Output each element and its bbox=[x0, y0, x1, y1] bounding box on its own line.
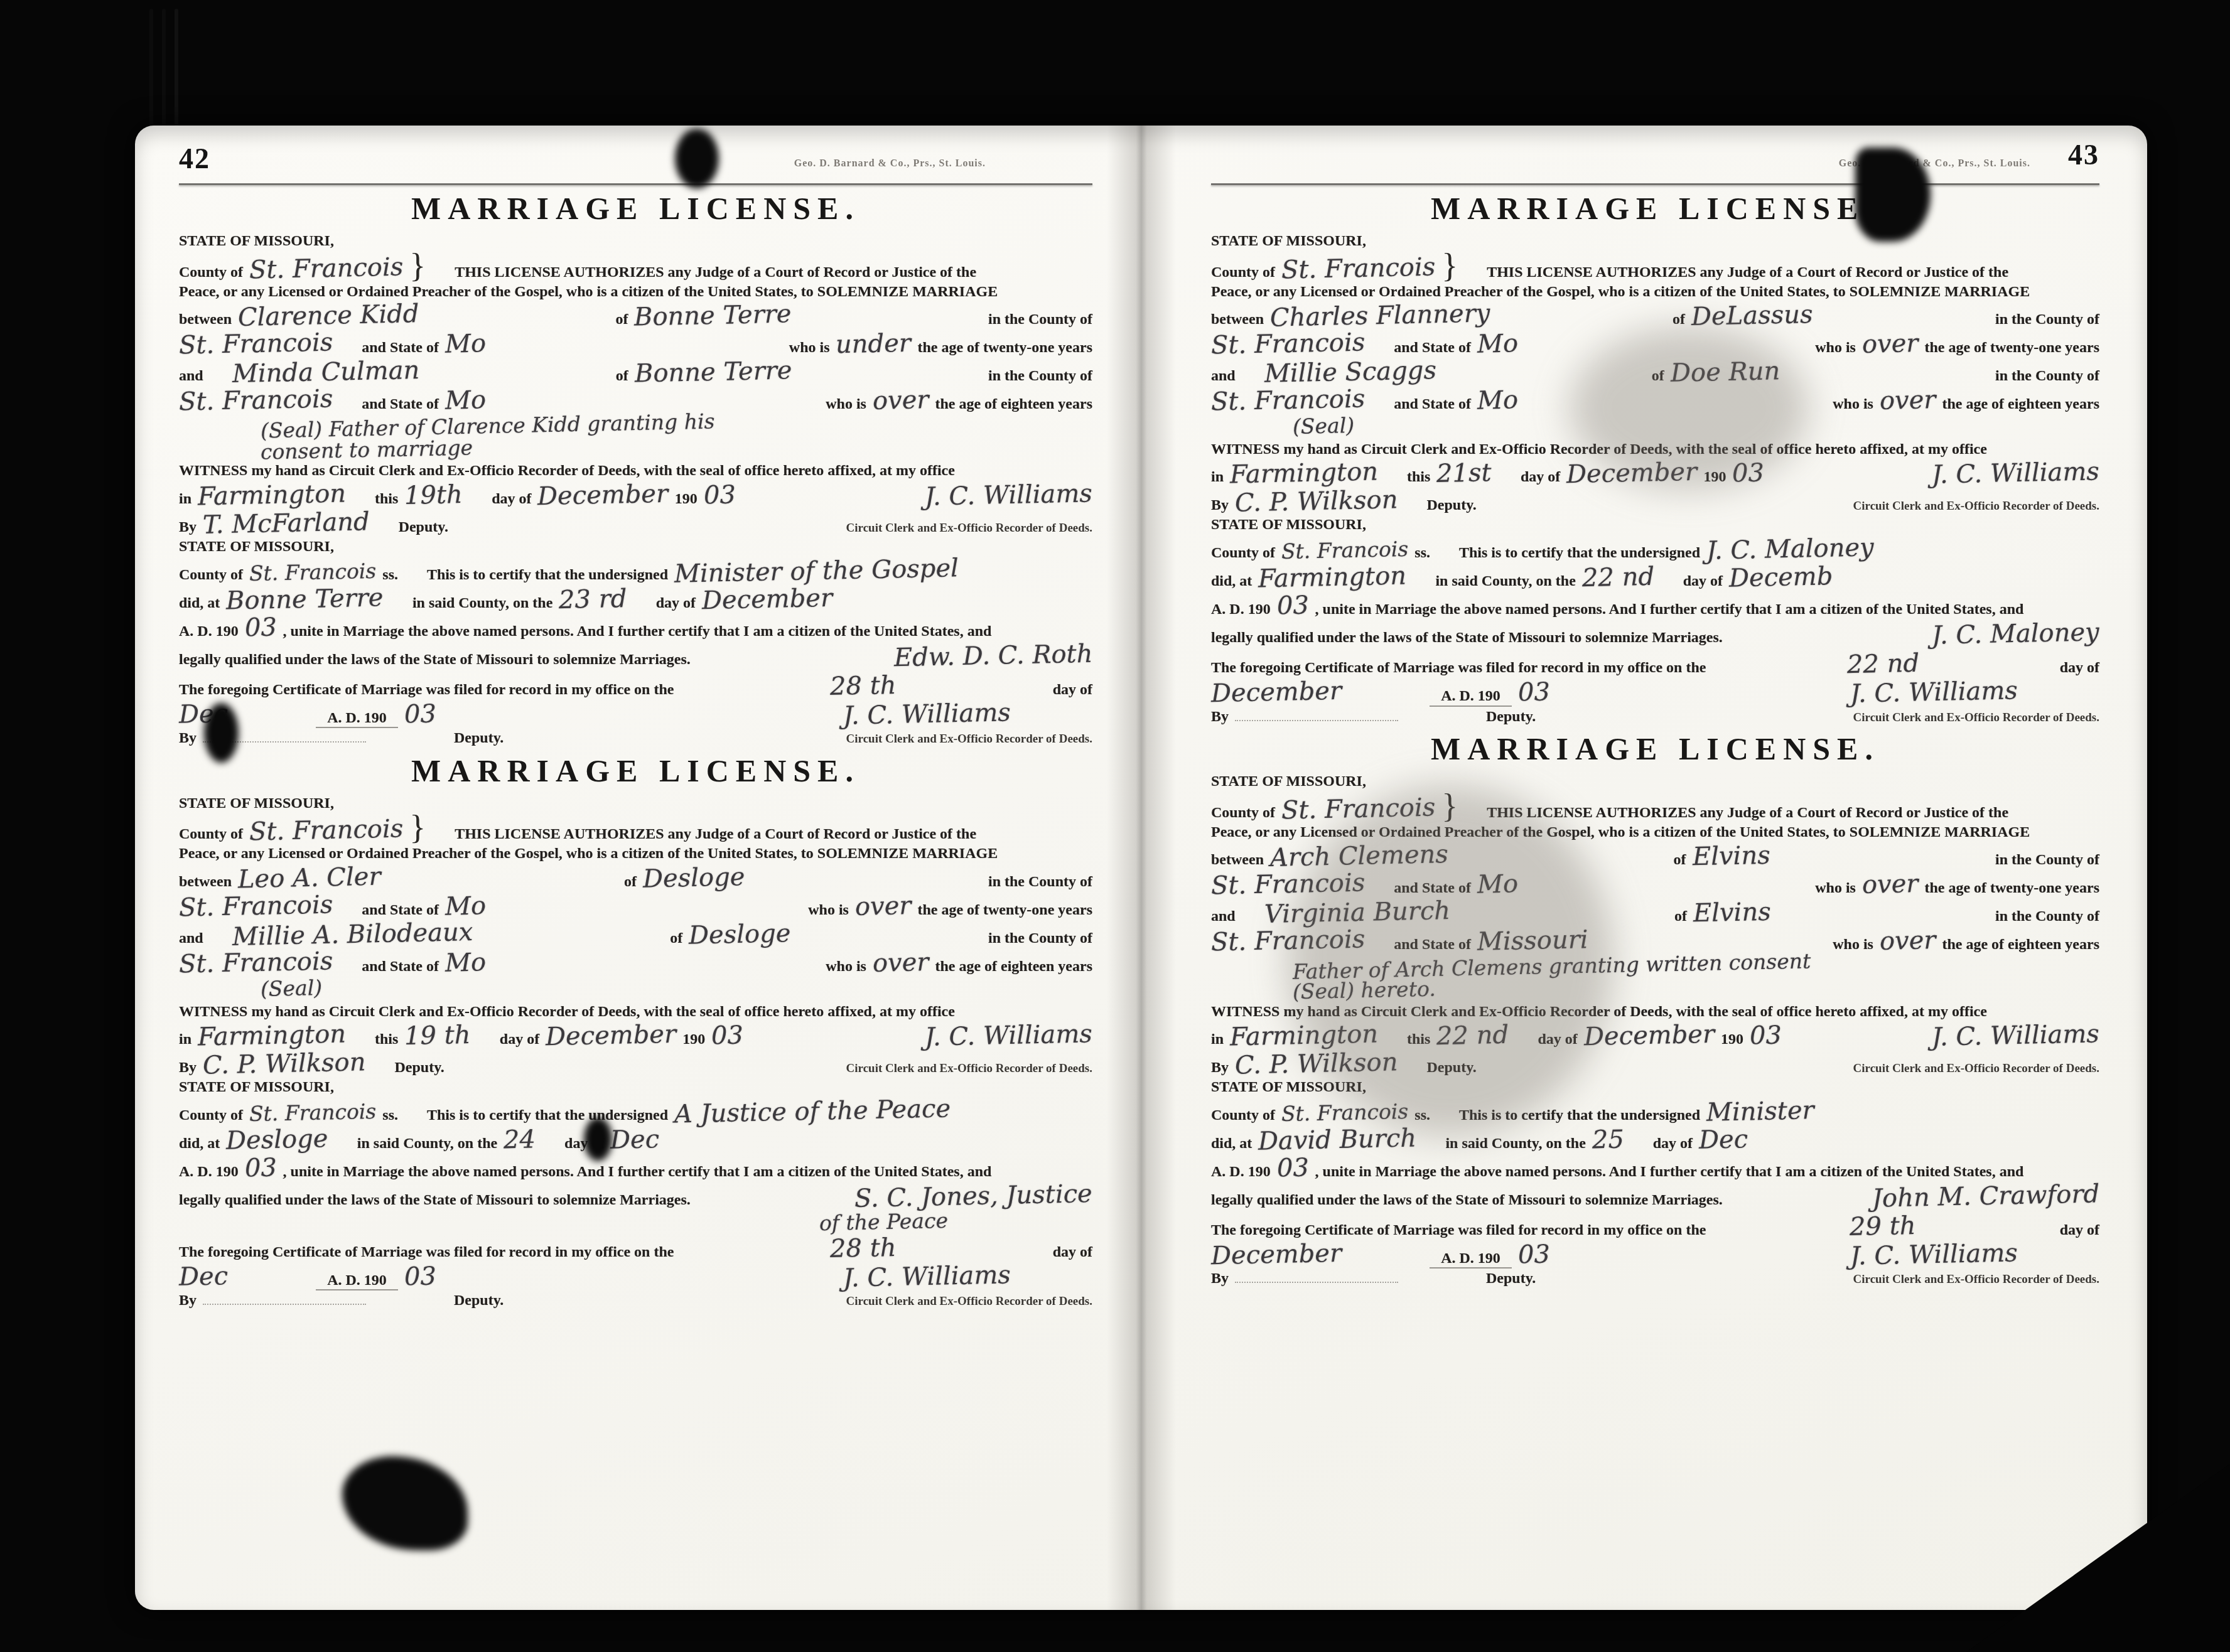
by-label: By bbox=[1211, 1270, 1229, 1288]
bride-state: Mo bbox=[444, 387, 486, 414]
did-at-label: did, at bbox=[1211, 1135, 1252, 1153]
groom-county: St. Francois bbox=[1211, 870, 1365, 899]
license-slot-top-left: MARRIAGE LICENSE. STATE OF MISSOURI, Cou… bbox=[179, 190, 1092, 748]
county-value: St. Francois bbox=[1281, 254, 1436, 283]
license-slot-top-right: MARRIAGE LICENSE. STATE OF MISSOURI, Cou… bbox=[1211, 190, 2099, 726]
age21-label: the age of twenty-one years bbox=[1924, 340, 2099, 357]
deputy-blank bbox=[1235, 720, 1398, 721]
county-label: County of bbox=[179, 567, 243, 584]
groom-name: Leo A. Cler bbox=[238, 864, 381, 893]
bride-age-status: over bbox=[1879, 387, 1936, 414]
officiant-signature: Edw. D. C. Roth bbox=[893, 640, 1092, 671]
groom-residence: Elvins bbox=[1692, 842, 1770, 871]
by-label: By bbox=[1211, 497, 1229, 515]
bride-residence: Bonne Terre bbox=[634, 358, 792, 387]
filed-clerk-signature: J. C. Williams bbox=[843, 1262, 1011, 1292]
age18-label: the age of eighteen years bbox=[1942, 936, 2099, 954]
printer-imprint: Geo. D. Barnard & Co., Prs., St. Louis. bbox=[794, 158, 986, 169]
witness-clause: WITNESS my hand as Circuit Clerk and Ex-… bbox=[1211, 1004, 1987, 1021]
authorizes-line1: THIS LICENSE AUTHORIZES any Judge of a C… bbox=[455, 264, 976, 282]
between-label: between bbox=[1211, 852, 1264, 869]
license-slot-bottom-right: MARRIAGE LICENSE. STATE OF MISSOURI, Cou… bbox=[1211, 731, 2099, 1288]
filed-year: 03 bbox=[1517, 678, 1550, 705]
witness-place: Farmington bbox=[198, 1021, 347, 1051]
this-label: this bbox=[375, 1031, 398, 1049]
officiant-title: A Justice of the Peace bbox=[674, 1095, 951, 1127]
age18-label: the age of eighteen years bbox=[935, 396, 1092, 414]
county-label: County of bbox=[1211, 264, 1275, 282]
ad-year-label: A. D. 190 bbox=[316, 710, 398, 729]
consent-note-line1: (Seal) Father of Clarence Kidd granting … bbox=[261, 411, 715, 442]
header-rule bbox=[179, 183, 1092, 185]
county-label: County of bbox=[179, 826, 243, 844]
officiant-signature: John M. Crawford bbox=[1872, 1181, 2099, 1212]
year-prefix: 190 bbox=[682, 1031, 705, 1049]
unite-clause: , unite in Marriage the above named pers… bbox=[283, 623, 992, 641]
filed-year: 03 bbox=[404, 700, 436, 727]
authorizes-line2: Peace, or any Licensed or Ordained Preac… bbox=[1211, 824, 2030, 842]
foregoing-clause: The foregoing Certificate of Marriage wa… bbox=[1211, 660, 1706, 677]
authorizes-line2: Peace, or any Licensed or Ordained Preac… bbox=[1211, 284, 2030, 301]
and-state-label: and State of bbox=[362, 340, 439, 357]
county-label: County of bbox=[179, 1107, 243, 1125]
officiant-title: J. C. Maloney bbox=[1706, 534, 1875, 564]
by-label: By bbox=[179, 519, 197, 537]
day-of-label: day of bbox=[1683, 573, 1723, 591]
marriage-day: 22 nd bbox=[1581, 564, 1654, 591]
cert-county-value: St. Francois bbox=[249, 560, 377, 585]
certify-clause: This is to certify that the undersigned bbox=[427, 567, 668, 584]
witness-year: 03 bbox=[703, 482, 736, 509]
filed-month: December bbox=[1211, 1240, 1342, 1269]
officiant-signature: S. C. Jones, Justice bbox=[854, 1181, 1093, 1212]
this-label: this bbox=[1407, 469, 1430, 486]
county-value: St. Francois bbox=[249, 816, 404, 845]
clerk-title: Circuit Clerk and Ex-Officio Recorder of… bbox=[1853, 1273, 2099, 1287]
age18-label: the age of eighteen years bbox=[935, 958, 1092, 976]
deputy-label: Deputy. bbox=[394, 1059, 444, 1077]
bride-state: Missouri bbox=[1477, 927, 1588, 956]
groom-name: Arch Clemens bbox=[1270, 841, 1449, 871]
groom-state: Mo bbox=[444, 331, 486, 358]
brace-glyph: } bbox=[1441, 793, 1458, 820]
in-county-label: in the County of bbox=[988, 311, 1092, 329]
deputy-blank bbox=[1235, 1282, 1398, 1283]
state-label: STATE OF MISSOURI, bbox=[1211, 233, 1366, 250]
deputy-blank bbox=[203, 741, 366, 743]
county-label: County of bbox=[1211, 1107, 1275, 1125]
printer-imprint: Geo. D. Barnard & Co., Prs., St. Louis. bbox=[1839, 158, 2030, 169]
ad-year-label: A. D. 190 bbox=[1211, 601, 1271, 619]
filed-year: 03 bbox=[404, 1263, 436, 1290]
county-label: County of bbox=[1211, 545, 1275, 562]
in-county-label: in the County of bbox=[1995, 908, 2099, 926]
qualified-clause: legally qualified under the laws of the … bbox=[1211, 630, 1723, 647]
deputy-label: Deputy. bbox=[1426, 497, 1476, 515]
on-the-label: in said County, on the bbox=[1435, 573, 1575, 591]
bride-residence: Elvins bbox=[1693, 899, 1772, 927]
bride-county: St. Francois bbox=[1211, 926, 1365, 956]
brace-glyph: } bbox=[409, 814, 426, 841]
groom-state: Mo bbox=[1477, 331, 1518, 358]
witness-clause: WITNESS my hand as Circuit Clerk and Ex-… bbox=[179, 1004, 955, 1021]
and-state-label: and State of bbox=[1394, 936, 1471, 954]
of-label: of bbox=[1674, 852, 1686, 869]
ad-year-label: A. D. 190 bbox=[1430, 1250, 1512, 1269]
deputy-signature: C. P. Wilkson bbox=[1235, 487, 1398, 517]
ss-label: ss. bbox=[382, 1107, 398, 1125]
clerk-signature: J. C. Williams bbox=[925, 480, 1093, 510]
clerk-signature: J. C. Williams bbox=[1932, 459, 2100, 489]
foregoing-clause: The foregoing Certificate of Marriage wa… bbox=[179, 682, 674, 699]
foregoing-clause: The foregoing Certificate of Marriage wa… bbox=[179, 1244, 674, 1262]
deputy-blank bbox=[203, 1304, 366, 1305]
who-is-label: who is bbox=[1815, 340, 1856, 357]
cert-year: 03 bbox=[244, 614, 277, 641]
county-label: County of bbox=[1211, 805, 1275, 822]
ss-label: ss. bbox=[382, 567, 398, 584]
and-state-label: and State of bbox=[1394, 880, 1471, 898]
groom-county: St. Francois bbox=[179, 891, 333, 921]
cert-county-value: St. Francois bbox=[249, 1101, 377, 1125]
filed-day: 28 th bbox=[830, 672, 897, 700]
license-title: MARRIAGE LICENSE. bbox=[1211, 190, 2099, 227]
in-label: in bbox=[179, 491, 191, 508]
in-label: in bbox=[1211, 1031, 1224, 1049]
consent-note-line2: (Seal) hereto. bbox=[1293, 979, 1436, 1003]
groom-name: Charles Flannery bbox=[1270, 301, 1490, 331]
in-label: in bbox=[1211, 469, 1224, 486]
of-label: of bbox=[1672, 311, 1685, 329]
witness-year: 03 bbox=[711, 1022, 744, 1049]
day-of-label: day of bbox=[1053, 682, 1092, 699]
county-label: County of bbox=[179, 264, 243, 282]
year-prefix: 190 bbox=[1721, 1031, 1743, 1049]
groom-residence: Bonne Terre bbox=[634, 301, 792, 331]
in-county-label: in the County of bbox=[988, 368, 1092, 385]
of-label: of bbox=[670, 930, 682, 948]
bride-age-status: over bbox=[1879, 927, 1936, 955]
and-state-label: and State of bbox=[362, 902, 439, 920]
witness-day: 19th bbox=[404, 481, 463, 509]
who-is-label: who is bbox=[826, 396, 866, 414]
clerk-title: Circuit Clerk and Ex-Officio Recorder of… bbox=[1853, 500, 2099, 513]
page-number: 42 bbox=[179, 142, 210, 175]
bride-name: Minda Culman bbox=[232, 357, 419, 387]
age21-label: the age of twenty-one years bbox=[1924, 880, 2099, 898]
clerk-title: Circuit Clerk and Ex-Officio Recorder of… bbox=[846, 732, 1092, 746]
marriage-month: Dec bbox=[610, 1126, 660, 1154]
day-of-label: day of bbox=[500, 1031, 539, 1049]
filed-month: Dec bbox=[179, 1263, 229, 1290]
cert-year: 03 bbox=[1276, 1154, 1309, 1181]
state-label: STATE OF MISSOURI, bbox=[1211, 1079, 1366, 1097]
day-of-label: day of bbox=[656, 595, 696, 613]
groom-state: Mo bbox=[1477, 871, 1518, 898]
officiant-title: Minister of the Gospel bbox=[674, 555, 959, 587]
deputy-signature: C. P. Wilkson bbox=[1235, 1049, 1398, 1079]
deputy-label: Deputy. bbox=[454, 730, 504, 748]
groom-state: Mo bbox=[444, 893, 486, 920]
by-label: By bbox=[1211, 1059, 1229, 1077]
consent-note-line2: consent to marriage bbox=[261, 437, 473, 463]
unite-clause: , unite in Marriage the above named pers… bbox=[1315, 601, 2024, 619]
by-label: By bbox=[179, 1292, 197, 1310]
who-is-label: who is bbox=[1815, 880, 1856, 898]
license-title: MARRIAGE LICENSE. bbox=[179, 753, 1092, 789]
filed-clerk-signature: J. C. Williams bbox=[843, 699, 1011, 729]
bride-age-status: over bbox=[872, 949, 929, 977]
page-number: 43 bbox=[2068, 138, 2099, 171]
brace-glyph: } bbox=[1441, 252, 1458, 279]
marriage-month: Dec bbox=[1699, 1126, 1748, 1154]
filed-day: 28 th bbox=[830, 1234, 897, 1262]
unite-clause: , unite in Marriage the above named pers… bbox=[283, 1164, 992, 1181]
in-county-label: in the County of bbox=[1995, 311, 2099, 329]
bride-residence: Desloge bbox=[689, 920, 791, 948]
between-label: between bbox=[179, 874, 232, 891]
marriage-place: Farmington bbox=[1258, 563, 1407, 593]
marriage-month: December bbox=[702, 584, 833, 613]
groom-age-status: over bbox=[1861, 330, 1918, 358]
witness-place: Farmington bbox=[1230, 1021, 1379, 1051]
license-title: MARRIAGE LICENSE. bbox=[1211, 731, 2099, 767]
license-title: MARRIAGE LICENSE. bbox=[179, 190, 1092, 227]
clerk-title: Circuit Clerk and Ex-Officio Recorder of… bbox=[846, 522, 1092, 535]
page-42: 42 Geo. D. Barnard & Co., Prs., St. Loui… bbox=[144, 126, 1120, 1610]
marriage-day: 23 rd bbox=[559, 586, 627, 613]
day-of-label: day of bbox=[492, 491, 531, 508]
officiant-title: Minister bbox=[1706, 1097, 1815, 1126]
marriage-license-form: MARRIAGE LICENSE. STATE OF MISSOURI, Cou… bbox=[179, 753, 1092, 1310]
marriage-license-form: MARRIAGE LICENSE. STATE OF MISSOURI, Cou… bbox=[1211, 731, 2099, 1288]
consent-note-line1: (Seal) bbox=[1293, 415, 1355, 438]
authorizes-line1: THIS LICENSE AUTHORIZES any Judge of a C… bbox=[455, 826, 976, 844]
ss-label: ss. bbox=[1414, 545, 1430, 562]
qualified-clause: legally qualified under the laws of the … bbox=[179, 1192, 691, 1209]
filed-year: 03 bbox=[1517, 1241, 1550, 1268]
license-slot-bottom-left: MARRIAGE LICENSE. STATE OF MISSOURI, Cou… bbox=[179, 753, 1092, 1310]
deputy-signature: T. McFarland bbox=[203, 508, 370, 539]
of-label: of bbox=[624, 874, 637, 891]
of-label: of bbox=[615, 311, 628, 329]
in-county-label: in the County of bbox=[1995, 852, 2099, 869]
certify-clause: This is to certify that the undersigned bbox=[427, 1107, 668, 1125]
on-the-label: in said County, on the bbox=[412, 595, 552, 613]
state-label: STATE OF MISSOURI, bbox=[179, 539, 334, 556]
groom-county: St. Francois bbox=[1211, 330, 1365, 359]
witness-month: December bbox=[1566, 459, 1698, 488]
witness-day: 21st bbox=[1436, 460, 1492, 488]
marriage-license-form: MARRIAGE LICENSE. STATE OF MISSOURI, Cou… bbox=[1211, 190, 2099, 726]
deputy-label: Deputy. bbox=[1486, 709, 1536, 726]
qualified-clause: legally qualified under the laws of the … bbox=[1211, 1192, 1723, 1209]
witness-clause: WITNESS my hand as Circuit Clerk and Ex-… bbox=[1211, 441, 1987, 459]
bride-name: Millie Scaggs bbox=[1264, 357, 1436, 387]
certify-clause: This is to certify that the undersigned bbox=[1459, 1107, 1700, 1125]
day-of-label: day of bbox=[1653, 1135, 1693, 1153]
year-prefix: 190 bbox=[1703, 469, 1726, 486]
register-scan-photo: 42 Geo. D. Barnard & Co., Prs., St. Loui… bbox=[0, 0, 2230, 1652]
witness-place: Farmington bbox=[198, 481, 347, 510]
ad-year-label: A. D. 190 bbox=[179, 1164, 239, 1181]
groom-county: St. Francois bbox=[179, 330, 333, 359]
authorizes-line2: Peace, or any Licensed or Ordained Preac… bbox=[179, 845, 998, 863]
bride-residence: Doe Run bbox=[1670, 358, 1780, 387]
deputy-label: Deputy. bbox=[454, 1292, 504, 1310]
and-label: and bbox=[1211, 908, 1236, 926]
state-label: STATE OF MISSOURI, bbox=[179, 1079, 334, 1097]
day-of-label: day of bbox=[2060, 660, 2099, 677]
and-label: and bbox=[1211, 368, 1236, 385]
of-label: of bbox=[1652, 368, 1664, 385]
this-label: this bbox=[375, 491, 398, 508]
bride-name: Millie A. Bilodeaux bbox=[232, 919, 473, 950]
county-value: St. Francois bbox=[249, 254, 404, 283]
in-label: in bbox=[179, 1031, 191, 1049]
groom-name: Clarence Kidd bbox=[238, 301, 419, 331]
bride-state: Mo bbox=[1477, 387, 1518, 414]
day-of-label: day of bbox=[1053, 1244, 1092, 1262]
who-is-label: who is bbox=[1833, 936, 1873, 954]
deputy-signature: C. P. Wilkson bbox=[203, 1049, 366, 1079]
cert-county-value: St. Francois bbox=[1281, 539, 1409, 563]
who-is-label: who is bbox=[789, 340, 830, 357]
groom-age-status: under bbox=[836, 330, 912, 358]
deputy-label: Deputy. bbox=[1486, 1270, 1536, 1288]
bride-county: St. Francois bbox=[179, 386, 333, 416]
age21-label: the age of twenty-one years bbox=[917, 340, 1092, 357]
groom-age-status: over bbox=[1861, 871, 1918, 898]
bride-state: Mo bbox=[444, 949, 486, 976]
marriage-month: Decemb bbox=[1729, 563, 1833, 591]
witness-place: Farmington bbox=[1230, 459, 1379, 488]
officiant-signature-line2: of the Peace bbox=[819, 1210, 949, 1235]
of-label: of bbox=[616, 368, 628, 385]
filed-clerk-signature: J. C. Williams bbox=[1850, 1240, 2018, 1270]
state-label: STATE OF MISSOURI, bbox=[179, 233, 334, 250]
clerk-title: Circuit Clerk and Ex-Officio Recorder of… bbox=[846, 1062, 1092, 1076]
bride-county: St. Francois bbox=[179, 948, 333, 977]
this-label: this bbox=[1407, 1031, 1430, 1049]
did-at-label: did, at bbox=[179, 1135, 220, 1153]
witness-month: December bbox=[537, 481, 669, 510]
ad-year-label: A. D. 190 bbox=[1430, 688, 1512, 707]
witness-month: December bbox=[546, 1021, 677, 1050]
and-state-label: and State of bbox=[1394, 396, 1471, 414]
of-label: of bbox=[1674, 908, 1687, 926]
deputy-label: Deputy. bbox=[399, 519, 448, 537]
marriage-day: 24 bbox=[504, 1126, 536, 1153]
by-label: By bbox=[179, 730, 197, 748]
and-state-label: and State of bbox=[1394, 340, 1471, 357]
consent-note-line1: (Seal) bbox=[261, 977, 323, 1000]
in-county-label: in the County of bbox=[988, 874, 1092, 891]
in-county-label: in the County of bbox=[988, 930, 1092, 948]
and-state-label: and State of bbox=[362, 958, 439, 976]
authorizes-line1: THIS LICENSE AUTHORIZES any Judge of a C… bbox=[1487, 264, 2008, 282]
marriage-place: David Burch bbox=[1258, 1125, 1417, 1154]
who-is-label: who is bbox=[808, 902, 849, 920]
witness-day: 19 th bbox=[404, 1022, 471, 1049]
state-label: STATE OF MISSOURI, bbox=[179, 795, 334, 813]
by-label: By bbox=[179, 1059, 197, 1077]
ad-year-label: A. D. 190 bbox=[316, 1272, 398, 1291]
officiant-signature: J. C. Maloney bbox=[1932, 619, 2100, 649]
page-43: 43 Geo. D. Barnard & Co., Prs., St. Loui… bbox=[1167, 126, 2143, 1610]
marriage-license-form: MARRIAGE LICENSE. STATE OF MISSOURI, Cou… bbox=[179, 190, 1092, 748]
and-state-label: and State of bbox=[362, 396, 439, 414]
cert-county-value: St. Francois bbox=[1281, 1101, 1409, 1125]
ad-year-label: A. D. 190 bbox=[1211, 1164, 1271, 1181]
year-prefix: 190 bbox=[675, 491, 698, 508]
who-is-label: who is bbox=[1833, 396, 1873, 414]
filed-month: December bbox=[1211, 678, 1342, 707]
groom-residence: DeLassus bbox=[1691, 301, 1813, 330]
who-is-label: who is bbox=[826, 958, 866, 976]
filed-day: 29 th bbox=[1850, 1213, 1916, 1240]
witness-year: 03 bbox=[1749, 1022, 1782, 1049]
page-header: 42 Geo. D. Barnard & Co., Prs., St. Loui… bbox=[179, 142, 1092, 182]
marriage-place: Bonne Terre bbox=[226, 584, 384, 614]
foregoing-clause: The foregoing Certificate of Marriage wa… bbox=[1211, 1222, 1706, 1240]
county-value: St. Francois bbox=[1281, 794, 1436, 823]
by-label: By bbox=[1211, 709, 1229, 726]
witness-month: December bbox=[1583, 1021, 1715, 1050]
clerk-signature: J. C. Williams bbox=[1932, 1021, 2100, 1051]
clerk-title: Circuit Clerk and Ex-Officio Recorder of… bbox=[846, 1295, 1092, 1309]
day-of-label: day of bbox=[1521, 469, 1560, 486]
deputy-label: Deputy. bbox=[1426, 1059, 1476, 1077]
did-at-label: did, at bbox=[179, 595, 220, 613]
certify-clause: This is to certify that the undersigned bbox=[1459, 545, 1700, 562]
brace-glyph: } bbox=[409, 252, 426, 279]
witness-day: 22 nd bbox=[1436, 1022, 1509, 1049]
page-header: 43 Geo. D. Barnard & Co., Prs., St. Loui… bbox=[1211, 142, 2099, 182]
day-of-label: day of bbox=[2060, 1222, 2099, 1240]
filed-month: Dec bbox=[179, 700, 229, 728]
filed-clerk-signature: J. C. Williams bbox=[1850, 677, 2018, 707]
clerk-title: Circuit Clerk and Ex-Officio Recorder of… bbox=[1853, 1062, 2099, 1076]
marriage-day: 25 bbox=[1592, 1126, 1624, 1153]
clerk-title: Circuit Clerk and Ex-Officio Recorder of… bbox=[1853, 711, 2099, 725]
and-label: and bbox=[179, 930, 203, 948]
cert-year: 03 bbox=[1276, 592, 1309, 619]
did-at-label: did, at bbox=[1211, 573, 1252, 591]
witness-clause: WITNESS my hand as Circuit Clerk and Ex-… bbox=[179, 463, 955, 480]
unite-clause: , unite in Marriage the above named pers… bbox=[1315, 1164, 2024, 1181]
bride-name: Virginia Burch bbox=[1264, 898, 1450, 928]
and-label: and bbox=[179, 368, 203, 385]
bride-county: St. Francois bbox=[1211, 386, 1365, 416]
age21-label: the age of twenty-one years bbox=[917, 902, 1092, 920]
bride-age-status: over bbox=[872, 387, 929, 414]
marriage-place: Desloge bbox=[226, 1125, 328, 1154]
groom-residence: Desloge bbox=[643, 864, 745, 892]
between-label: between bbox=[1211, 311, 1264, 329]
on-the-label: in said County, on the bbox=[1445, 1135, 1585, 1153]
authorizes-line2: Peace, or any Licensed or Ordained Preac… bbox=[179, 284, 998, 301]
qualified-clause: legally qualified under the laws of the … bbox=[179, 652, 691, 669]
state-label: STATE OF MISSOURI, bbox=[1211, 517, 1366, 534]
age18-label: the age of eighteen years bbox=[1942, 396, 2099, 414]
ss-label: ss. bbox=[1414, 1107, 1430, 1125]
cert-year: 03 bbox=[244, 1154, 277, 1181]
in-county-label: in the County of bbox=[1995, 368, 2099, 385]
authorizes-line1: THIS LICENSE AUTHORIZES any Judge of a C… bbox=[1487, 805, 2008, 822]
ad-year-label: A. D. 190 bbox=[179, 623, 239, 641]
between-label: between bbox=[179, 311, 232, 329]
